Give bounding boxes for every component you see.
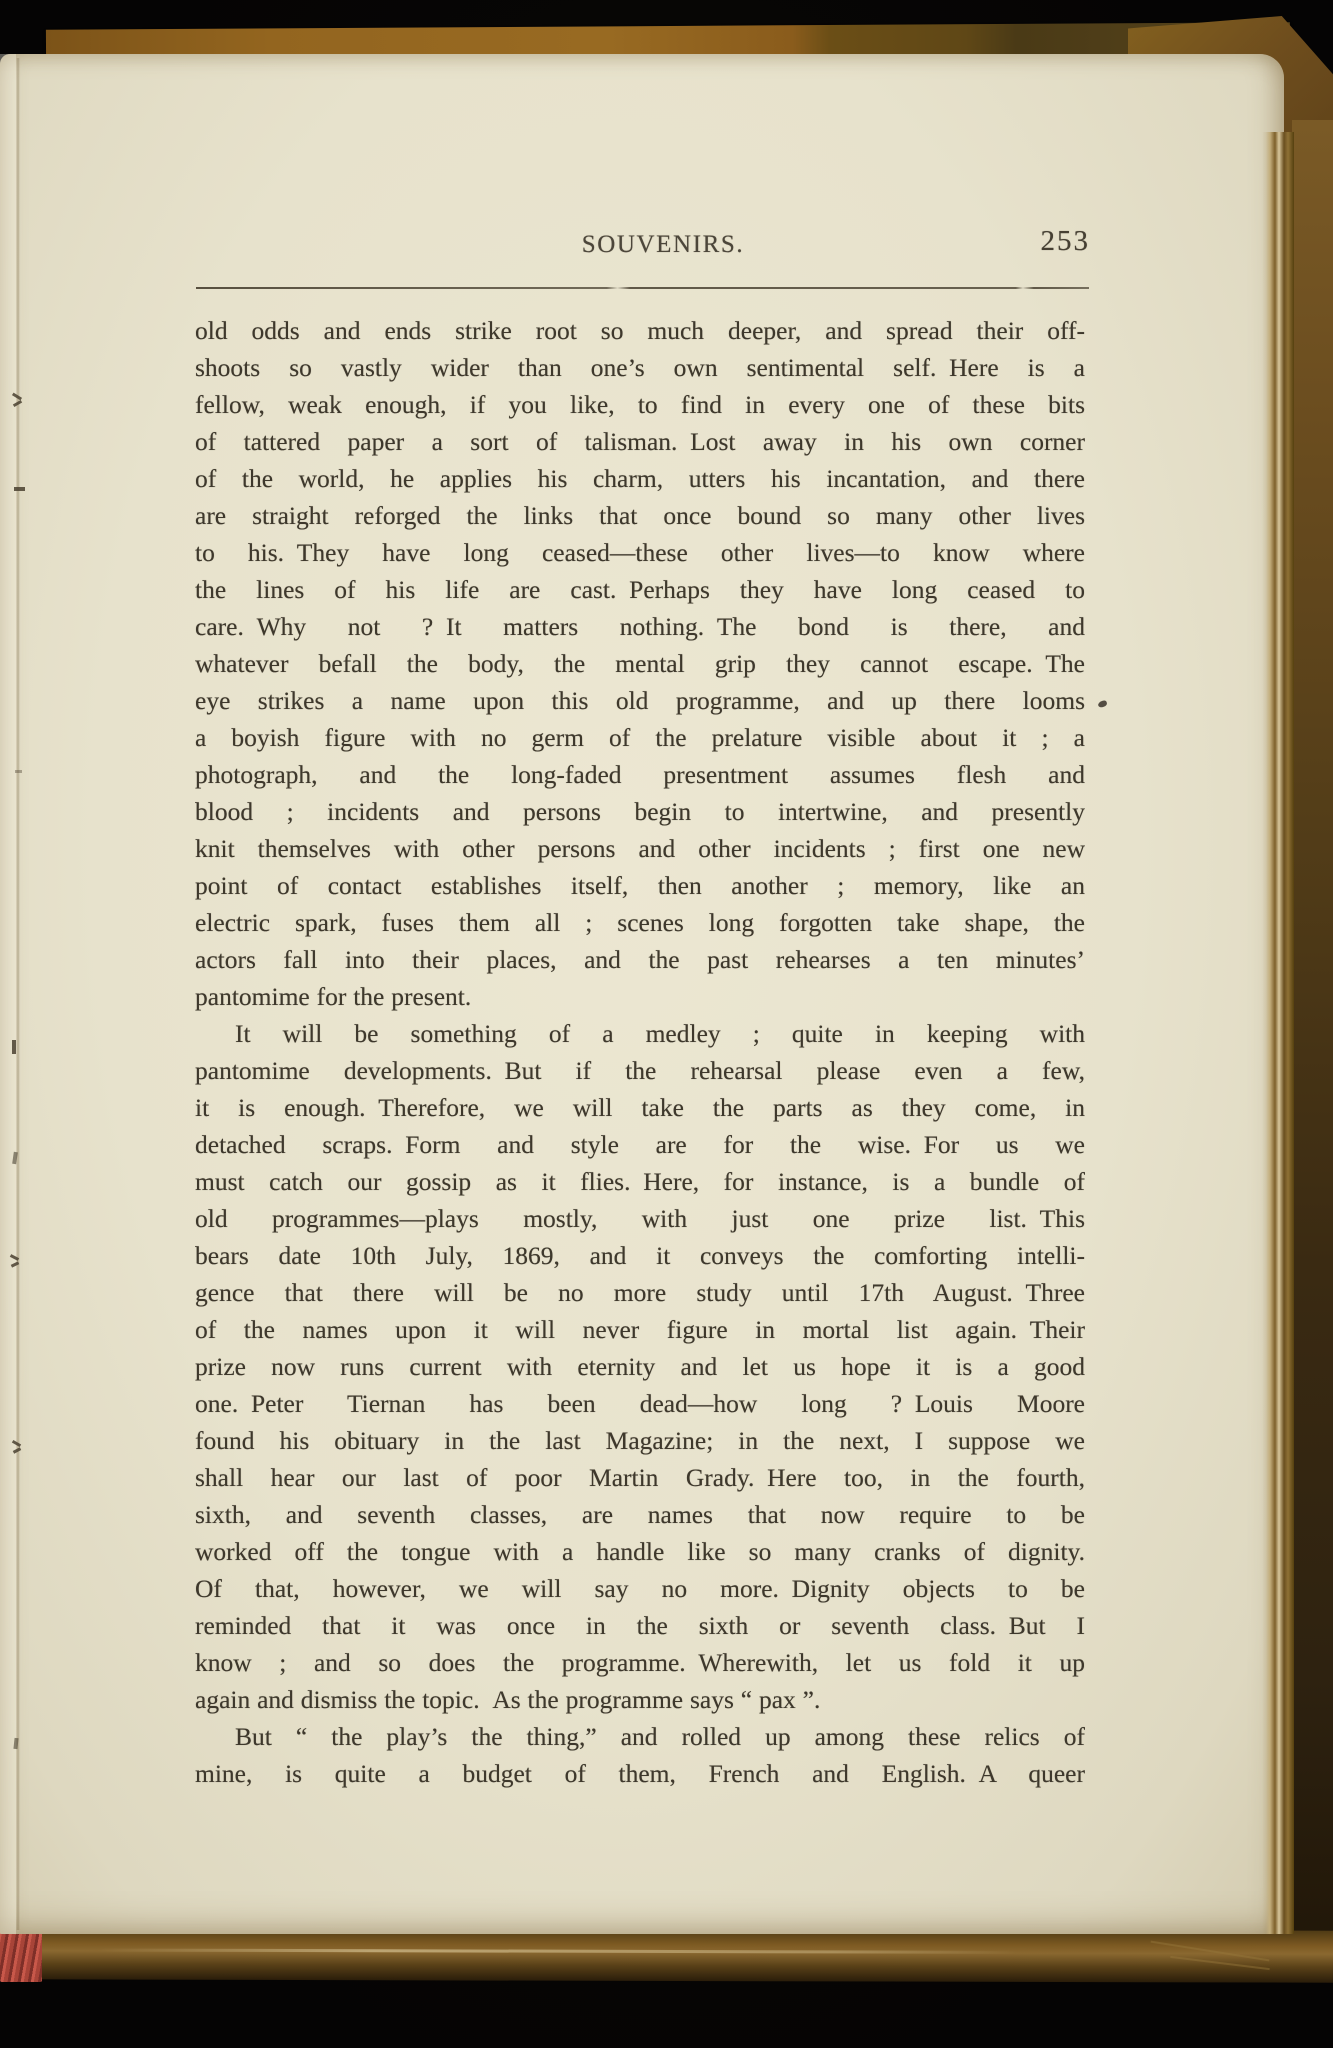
text-line: it is enough. Therefore, we will take th… (195, 1089, 1085, 1126)
book-photo: SOUVENIRS. 253 old odds and ends strike … (0, 0, 1333, 2048)
book-cover-bottom-edge (18, 1927, 1333, 1982)
text-line: But “ the play’s the thing,” and rolled … (195, 1718, 1085, 1755)
text-line: one. Peter Tiernan has been dead—how lon… (195, 1385, 1085, 1422)
text-line: of the names upon it will never figure i… (195, 1311, 1085, 1348)
text-line: again and dismiss the topic. As the prog… (195, 1681, 1085, 1718)
text-line: It will be something of a medley ; quite… (195, 1015, 1085, 1052)
text-line: of the world, he applies his charm, utte… (195, 460, 1085, 497)
text-line: of tattered paper a sort of talisman. Lo… (195, 423, 1085, 460)
text-line: old programmes—plays mostly, with just o… (195, 1200, 1085, 1237)
text-line: pantomime for the present. (195, 978, 1085, 1015)
text-line: to his. They have long ceased—these othe… (195, 534, 1085, 571)
book-page: SOUVENIRS. 253 old odds and ends strike … (0, 54, 1284, 1934)
page-under-edge (0, 54, 16, 1934)
running-header: SOUVENIRS. (195, 230, 1085, 260)
page-edge-stack (1262, 132, 1294, 1934)
text-line: care. Why not ? It matters nothing. The … (195, 608, 1085, 645)
text-line: prize now runs current with eternity and… (195, 1348, 1085, 1385)
text-line: Of that, however, we will say no more. D… (195, 1570, 1085, 1607)
text-line: must catch our gossip as it flies. Here,… (195, 1163, 1085, 1200)
text-line: fellow, weak enough, if you like, to fin… (195, 386, 1085, 423)
text-line: detached scraps. Form and style are for … (195, 1126, 1085, 1163)
fore-edge-mark (15, 770, 22, 773)
text-line: actors fall into their places, and the p… (195, 941, 1085, 978)
text-block: old odds and ends strike root so much de… (195, 312, 1085, 1792)
text-line: shoots so vastly wider than one’s own se… (195, 349, 1085, 386)
text-line: shall hear our last of poor Martin Grady… (195, 1459, 1085, 1496)
page-gutter-crease (16, 58, 20, 1930)
text-line: gence that there will be no more study u… (195, 1274, 1085, 1311)
text-line: bears date 10th July, 1869, and it conve… (195, 1237, 1085, 1274)
text-line: know ; and so does the programme. Wherew… (195, 1644, 1085, 1681)
text-line: electric spark, fuses them all ; scenes … (195, 904, 1085, 941)
text-line: old odds and ends strike root so much de… (195, 312, 1085, 349)
text-line: whatever befall the body, the mental gri… (195, 645, 1085, 682)
text-line: sixth, and seventh classes, are names th… (195, 1496, 1085, 1533)
text-line: the lines of his life are cast. Perhaps … (195, 571, 1085, 608)
book-cover-right-edge (1292, 120, 1333, 1970)
text-line: eye strikes a name upon this old program… (195, 682, 1085, 719)
ink-blot (1097, 700, 1107, 708)
text-line: pantomime developments. But if the rehea… (195, 1052, 1085, 1089)
text-line: worked off the tongue with a handle like… (195, 1533, 1085, 1570)
fore-edge-mark (12, 1040, 16, 1054)
text-line: reminded that it was once in the sixth o… (195, 1607, 1085, 1644)
text-line: point of contact establishes itself, the… (195, 867, 1085, 904)
text-line: a boyish figure with no germ of the prel… (195, 719, 1085, 756)
text-line: photograph, and the long-faded presentme… (195, 756, 1085, 793)
page-number: 253 (1000, 224, 1090, 258)
text-line: are straight reforged the links that onc… (195, 497, 1085, 534)
text-line: mine, is quite a budget of them, French … (195, 1755, 1085, 1792)
text-line: found his obituary in the last Magazine;… (195, 1422, 1085, 1459)
text-line: blood ; incidents and persons begin to i… (195, 793, 1085, 830)
fore-edge-mark (14, 487, 25, 491)
text-line: knit themselves with other persons and o… (195, 830, 1085, 867)
header-rule (196, 287, 1089, 289)
